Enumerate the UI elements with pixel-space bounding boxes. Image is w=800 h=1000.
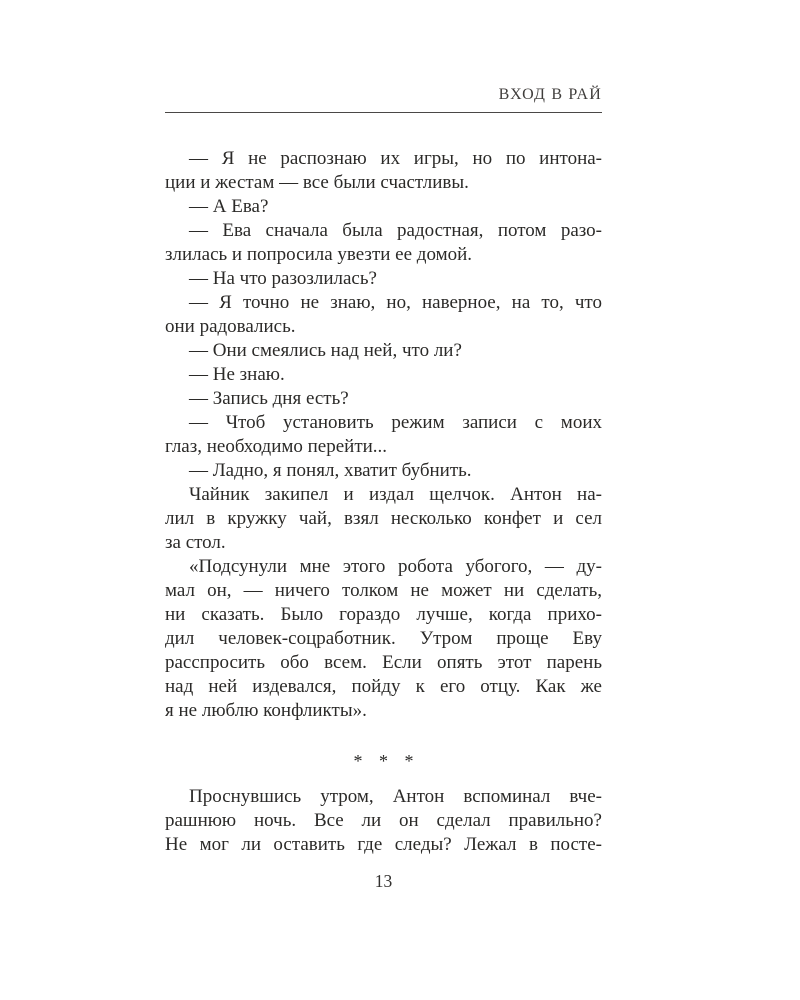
- paragraph: — А Ева?: [165, 195, 602, 219]
- header-rule: [165, 112, 602, 113]
- paragraph: Чайник закипел и издал щелчок. Антон на-…: [165, 483, 602, 555]
- running-header: ВХОД В РАЙ: [165, 85, 602, 105]
- text-line: рашнюю ночь. Все ли он сделал правильно?: [165, 809, 602, 833]
- paragraph: — Не знаю.: [165, 363, 602, 387]
- text-line: ции и жестам — все были счастливы.: [165, 171, 602, 195]
- text-line: за стол.: [165, 531, 602, 555]
- paragraph: — Я точно не знаю, но, наверное, на то, …: [165, 291, 602, 339]
- paragraph: — Ева сначала была радостная, потом разо…: [165, 219, 602, 267]
- text-line: — Ева сначала была радостная, потом разо…: [165, 219, 602, 243]
- text-line: — Запись дня есть?: [165, 387, 602, 411]
- text-line: злилась и попросила увезти ее домой.: [165, 243, 602, 267]
- book-page: ВХОД В РАЙ — Я не распознаю их игры, но …: [0, 0, 800, 1000]
- text-line: — Чтоб установить режим записи с моих: [165, 411, 602, 435]
- text-line: — Ладно, я понял, хватит бубнить.: [165, 459, 602, 483]
- paragraph: — Я не распознаю их игры, но по интона-ц…: [165, 147, 602, 195]
- text-line: лил в кружку чай, взял несколько конфет …: [165, 507, 602, 531]
- text-line: над ней издевался, пойду к его отцу. Как…: [165, 675, 602, 699]
- text-line: они радовались.: [165, 315, 602, 339]
- paragraph: — Ладно, я понял, хватит бубнить.: [165, 459, 602, 483]
- text-line: мал он, — ничего толком не может ни сдел…: [165, 579, 602, 603]
- section-separator: * * *: [165, 749, 602, 773]
- paragraph: — На что разозлилась?: [165, 267, 602, 291]
- text-line: — А Ева?: [165, 195, 602, 219]
- paragraph: Проснувшись утром, Антон вспоминал вче-р…: [165, 785, 602, 857]
- paragraph: — Они смеялись над ней, что ли?: [165, 339, 602, 363]
- text-line: — На что разозлилась?: [165, 267, 602, 291]
- text-block: ВХОД В РАЙ — Я не распознаю их игры, но …: [165, 0, 602, 1000]
- text-line: — Я не распознаю их игры, но по интона-: [165, 147, 602, 171]
- page-number: 13: [165, 870, 602, 892]
- paragraph: — Чтоб установить режим записи с моихгла…: [165, 411, 602, 459]
- paragraph: «Подсунули мне этого робота убогого, — д…: [165, 555, 602, 723]
- text-line: — Я точно не знаю, но, наверное, на то, …: [165, 291, 602, 315]
- text-line: ни сказать. Было гораздо лучше, когда пр…: [165, 603, 602, 627]
- text-line: дил человек-соцработник. Утром проще Еву: [165, 627, 602, 651]
- text-line: — Не знаю.: [165, 363, 602, 387]
- chapter-title: ВХОД В РАЙ: [499, 86, 602, 103]
- paragraph: — Запись дня есть?: [165, 387, 602, 411]
- text-line: я не люблю конфликты».: [165, 699, 602, 723]
- text-line: глаз, необходимо перейти...: [165, 435, 602, 459]
- text-line: — Они смеялись над ней, что ли?: [165, 339, 602, 363]
- text-line: «Подсунули мне этого робота убогого, — д…: [165, 555, 602, 579]
- body-text: — Я не распознаю их игры, но по интона-ц…: [165, 147, 602, 857]
- text-line: Чайник закипел и издал щелчок. Антон на-: [165, 483, 602, 507]
- text-line: расспросить обо всем. Если опять этот па…: [165, 651, 602, 675]
- text-line: Не мог ли оставить где следы? Лежал в по…: [165, 833, 602, 857]
- text-line: Проснувшись утром, Антон вспоминал вче-: [165, 785, 602, 809]
